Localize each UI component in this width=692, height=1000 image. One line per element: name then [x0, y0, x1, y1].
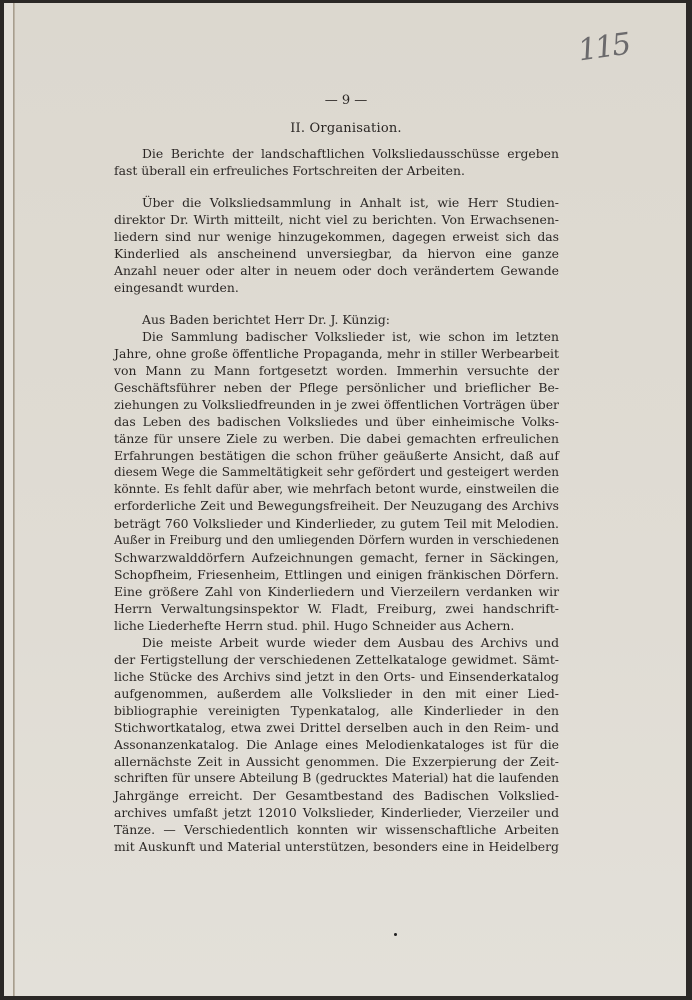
text-line: ziehungen zu Volksliedfreunden in je zwe… — [114, 396, 559, 413]
binding-margin — [4, 3, 13, 996]
text-line: diesem Wege die Sammeltätigkeit sehr gef… — [114, 464, 559, 481]
text-line: der Fertigstellung der verschiedenen Zet… — [114, 651, 559, 668]
text-line: erforderliche Zeit und Bewegungsfreiheit… — [114, 498, 559, 515]
text-line: Die Sammlung badischer Volkslieder ist, … — [114, 328, 559, 345]
text-line: von Mann zu Mann fortgesetzt worden. Imm… — [114, 362, 559, 379]
text-line: Stichwortkatalog, etwa zwei Drittel ders… — [114, 719, 559, 736]
text-line: könnte. Es fehlt dafür aber, wie mehrfac… — [114, 481, 559, 498]
text-line: mit Auskunft und Material unterstützen, … — [114, 838, 559, 855]
text-line: liche Liederhefte Herrn stud. phil. Hugo… — [114, 617, 559, 634]
text-line: schriften für unsere Abteilung B (gedruc… — [114, 770, 559, 787]
text-line: Aus Baden berichtet Herr Dr. J. Künzig: — [114, 311, 559, 328]
text-line: Anzahl neuer oder alter in neuem oder do… — [114, 262, 559, 279]
text-line: Die meiste Arbeit wurde wieder dem Ausba… — [114, 634, 559, 651]
text-line: bibliographie vereinigten Typenkatalog, … — [114, 702, 559, 719]
handwritten-folio-number: 115 — [576, 27, 632, 69]
paragraph-baden-collection: Die Sammlung badischer Volkslieder ist, … — [114, 328, 559, 634]
text-line: archives umfaßt jetzt 12010 Volkslieder,… — [114, 804, 559, 821]
text-line: Jahre, ohne große öffentliche Propaganda… — [114, 345, 559, 362]
text-line: tänze für unsere Ziele zu werben. Die da… — [114, 430, 559, 447]
text-line: Schopfheim, Friesenheim, Ettlingen und e… — [114, 566, 559, 583]
text-line: liedern sind nur wenige hinzugekommen, d… — [114, 228, 559, 245]
paper-speck — [394, 933, 397, 936]
paragraph-archive-work: Die meiste Arbeit wurde wieder dem Ausba… — [114, 634, 559, 855]
text-line: Tänze. — Verschiedentlich konnten wir wi… — [114, 821, 559, 838]
text-line: Assonanzenkatalog. Die Anlage eines Melo… — [114, 736, 559, 753]
text-line: das Leben des badischen Volksliedes und … — [114, 413, 559, 430]
text-line: aufgenommen, außerdem alle Volkslieder i… — [114, 685, 559, 702]
text-line: Schwarzwalddörfern Aufzeichnungen gemach… — [114, 549, 559, 566]
text-line: Eine größere Zahl von Kinderliedern und … — [114, 583, 559, 600]
page-fold-line — [13, 3, 15, 996]
text-line: Jahrgänge erreicht. Der Gesamtbestand de… — [114, 787, 559, 804]
body-text: Die Berichte der landschaftlichen Volksl… — [114, 145, 559, 855]
text-line: beträgt 760 Volkslieder und Kinderlieder… — [114, 515, 559, 532]
text-line: liche Stücke des Archivs sind jetzt in d… — [114, 668, 559, 685]
text-line: Die Berichte der landschaftlichen Volksl… — [114, 145, 559, 162]
text-line: eingesandt wurden. — [114, 279, 559, 296]
text-line: Kinderlied als anscheinend unversiegbar,… — [114, 245, 559, 262]
text-line: Über die Volksliedsammlung in Anhalt ist… — [114, 194, 559, 211]
text-line: Außer in Freiburg und den umliegenden Dö… — [114, 532, 559, 549]
text-line: allernächste Zeit in Aussicht genommen. … — [114, 753, 559, 770]
text-line: Erfahrungen bestätigen die schon früher … — [114, 447, 559, 464]
text-line: fast überall ein erfreuliches Fortschrei… — [114, 162, 559, 179]
paragraph-baden-intro: Aus Baden berichtet Herr Dr. J. Künzig: — [114, 311, 559, 328]
text-line: Herrn Verwaltungsinspektor W. Fladt, Fre… — [114, 600, 559, 617]
paragraph-anhalt: Über die Volksliedsammlung in Anhalt ist… — [114, 194, 559, 296]
text-line: direktor Dr. Wirth mitteilt, nicht viel … — [114, 211, 559, 228]
text-line: Geschäftsführer neben der Pflege persönl… — [114, 379, 559, 396]
paragraph-intro: Die Berichte der landschaftlichen Volksl… — [114, 145, 559, 179]
page-number: — 9 — — [0, 93, 692, 108]
section-heading: II. Organisation. — [0, 121, 692, 136]
